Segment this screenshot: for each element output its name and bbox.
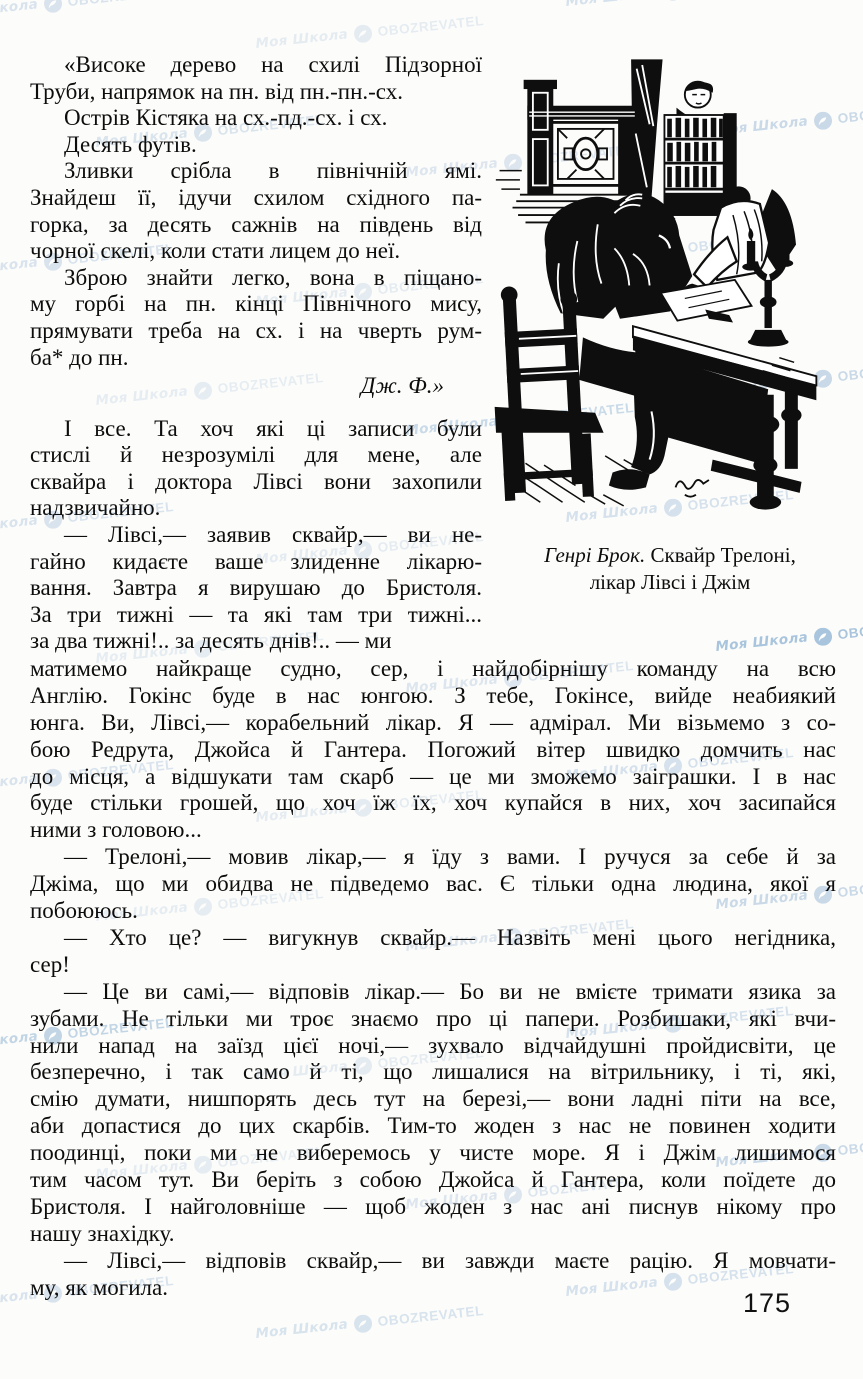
watermark: Моя ШколаOBOZREVATEL xyxy=(0,0,175,24)
paragraph: Острів Кістяка на сх.-пд.-сх. і сх. xyxy=(30,105,482,132)
text-line: поодинці, поки ми не виберемось у чисте … xyxy=(30,1140,836,1167)
text-line: му горбі на пн. кінці Північного мису, xyxy=(30,291,482,318)
paragraph: — Трелоні,— мовив лікар,— я їду з вами. … xyxy=(30,844,836,925)
right-column: Генрі Брок. Сквайр Трелоні, лікар Лівсі … xyxy=(482,52,846,655)
text-line: бою Редрута, Джойса й Гантера. Погожий в… xyxy=(30,737,836,764)
text-line: зубами. Не тільки ми троє знаємо про ці … xyxy=(30,1006,836,1033)
text-line: вання. Завтра я вирушаю до Бристоля. xyxy=(30,575,482,602)
text-line: Англію. Гокінс буде в нас юнгою. З тебе,… xyxy=(30,683,836,710)
text-line: му, як могила. xyxy=(30,1275,836,1302)
text-line: тим часом тут. Ви беріть з собою Джойса … xyxy=(30,1167,836,1194)
text-line: Зброю знайти легко, вона в піщано- xyxy=(30,265,482,292)
main-text-block: матимемо найкраще судно, сер, і найдобір… xyxy=(30,656,836,1302)
paragraph: матимемо найкраще судно, сер, і найдобір… xyxy=(30,656,836,844)
text-line: — Лівсі,— заявив сквайр,— ви не- xyxy=(30,522,482,549)
text-line: І все. Та хоч які ці записи були xyxy=(30,416,482,443)
watermark: Моя ШколаOBOZREVATEL xyxy=(255,1302,485,1344)
text-line: за два тижні!.. за десять днів!.. — ми xyxy=(30,628,482,655)
paragraph: Зброю знайти легко, вона в піщано-му гор… xyxy=(30,265,482,371)
text-line: — Хто це? — вигукнув сквайр.— Назвіть ме… xyxy=(30,925,836,952)
text-line: Десять футів. xyxy=(30,132,482,159)
text-line: — Трелоні,— мовив лікар,— я їду з вами. … xyxy=(30,844,836,871)
watermark-brand-text: OBOZREVATEL xyxy=(377,14,484,39)
text-line: За три тижні — та які там три тижні... xyxy=(30,602,482,629)
text-line: матимемо найкраще судно, сер, і найдобір… xyxy=(30,656,836,683)
obozrevatel-logo-icon xyxy=(663,0,683,2)
paragraph: «Високе дерево на схилі ПідзорноїТруби, … xyxy=(30,52,482,105)
text-line: аби допастися до цих скарбів. Тим-то жод… xyxy=(30,1113,836,1140)
page-number: 175 xyxy=(743,1288,803,1319)
text-line: «Високе дерево на схилі Підзорної xyxy=(30,52,482,79)
page-content: «Високе дерево на схилі ПідзорноїТруби, … xyxy=(30,52,836,1302)
text-line: Зливки срібла в північній ямі. xyxy=(30,158,482,185)
paragraph: — Це ви самі,— відповів лікар.— Бо ви не… xyxy=(30,979,836,1248)
text-line: до місця, а відшукати там скарб — це ми … xyxy=(30,764,836,791)
text-line: — Це ви самі,— відповів лікар.— Бо ви не… xyxy=(30,979,836,1006)
text-line: прямувати треба на сх. і на чверть рум- xyxy=(30,318,482,345)
watermark-brand-text: OBOZREVATEL xyxy=(837,875,863,900)
text-line: смію думати, нишпорять десь тут на берез… xyxy=(30,1086,836,1113)
illustration-engraving xyxy=(494,56,846,526)
textbook-page: { "page_number": "175", "watermark": { "… xyxy=(0,0,863,1379)
watermark: Моя ШколаOBOZREVATEL xyxy=(255,12,485,54)
watermark-brand-text: OBOZREVATEL xyxy=(837,1133,863,1158)
watermark-script-text: Моя Школа xyxy=(0,0,39,22)
watermark-script-text: Моя Школа xyxy=(255,29,349,52)
paragraph: І все. Та хоч які ці записи булистислі й… xyxy=(30,416,482,522)
obozrevatel-logo-icon xyxy=(353,1314,373,1334)
artist-signature-mark xyxy=(676,480,709,497)
paragraph: Зливки срібла в північній ямі.Знайдеш її… xyxy=(30,158,482,264)
letter-quote-block: «Високе дерево на схилі ПідзорноїТруби, … xyxy=(30,52,482,371)
text-line: ба* до пн. xyxy=(30,345,482,372)
paragraph: — Хто це? — вигукнув сквайр.— Назвіть ме… xyxy=(30,925,836,979)
text-line: нили напад на заїзд цієї ночі,— зухвало … xyxy=(30,1033,836,1060)
caption-title-part: Сквайр Трелоні, xyxy=(645,543,796,567)
text-line: стислі й незрозумілі для мене, але xyxy=(30,442,482,469)
text-line: юнга. Ви, Лівсі,— корабельний лікар. Я —… xyxy=(30,710,836,737)
paragraph: — Лівсі,— заявив сквайр,— ви не-гайно ки… xyxy=(30,522,482,655)
text-line: Острів Кістяка на сх.-пд.-сх. і сх. xyxy=(30,105,482,132)
text-line: Джіма, що ми обидва не підведемо вас. Є … xyxy=(30,871,836,898)
text-line: горка, за десять сажнів на південь від xyxy=(30,212,482,239)
text-line: безперечно, і так само й ті, що лишалися… xyxy=(30,1059,836,1086)
treasure-map-scene-drawing xyxy=(494,56,846,526)
illustration-caption: Генрі Брок. Сквайр Трелоні, лікар Лівсі … xyxy=(494,542,846,596)
text-line: побоююсь. xyxy=(30,898,836,925)
text-line: Знайдеш її, ідучи схилом східного па- xyxy=(30,185,482,212)
text-line: надзвичайно. xyxy=(30,495,482,522)
left-body-text: І все. Та хоч які ці записи булистислі й… xyxy=(30,416,482,655)
left-column: «Високе дерево на схилі ПідзорноїТруби, … xyxy=(30,52,482,655)
text-line: гайно кидаєте ваше злиденне лікарю- xyxy=(30,549,482,576)
text-line: буде стільки грошей, що хоч їж їх, хоч к… xyxy=(30,790,836,817)
obozrevatel-logo-icon xyxy=(43,0,63,14)
text-line: Труби, напрямок на пн. від пн.-пн.-сх. xyxy=(30,79,482,106)
text-line: сквайра і доктора Лівсі вони захопили xyxy=(30,469,482,496)
text-line: чорної скелі, коли стати лицем до неї. xyxy=(30,238,482,265)
text-line: — Лівсі,— відповів сквайр,— ви завжди ма… xyxy=(30,1248,836,1275)
watermark-script-text: Моя Школа xyxy=(565,0,659,10)
watermark-script-text: Моя Школа xyxy=(255,1319,349,1342)
caption-line-1: Генрі Брок. Сквайр Трелоні, xyxy=(494,542,846,569)
letter-signature: Дж. Ф.» xyxy=(30,373,482,399)
watermark-brand-text: OBOZREVATEL xyxy=(67,0,174,9)
obozrevatel-logo-icon xyxy=(353,24,373,44)
text-line: Бристоля. І найголовніше — щоб жоден з н… xyxy=(30,1194,836,1221)
watermark-brand-text: OBOZREVATEL xyxy=(377,1304,484,1329)
text-line: нашу знахідку. xyxy=(30,1221,836,1248)
text-line: сер! xyxy=(30,952,836,979)
caption-line-2: лікар Лівсі і Джім xyxy=(494,569,846,596)
caption-artist-name: Генрі Брок. xyxy=(544,543,645,567)
paragraph: Десять футів. xyxy=(30,132,482,159)
text-line: ними з головою... xyxy=(30,817,836,844)
paragraph: — Лівсі,— відповів сквайр,— ви завжди ма… xyxy=(30,1248,836,1302)
watermark: Моя ШколаOBOZREVATEL xyxy=(565,0,795,12)
